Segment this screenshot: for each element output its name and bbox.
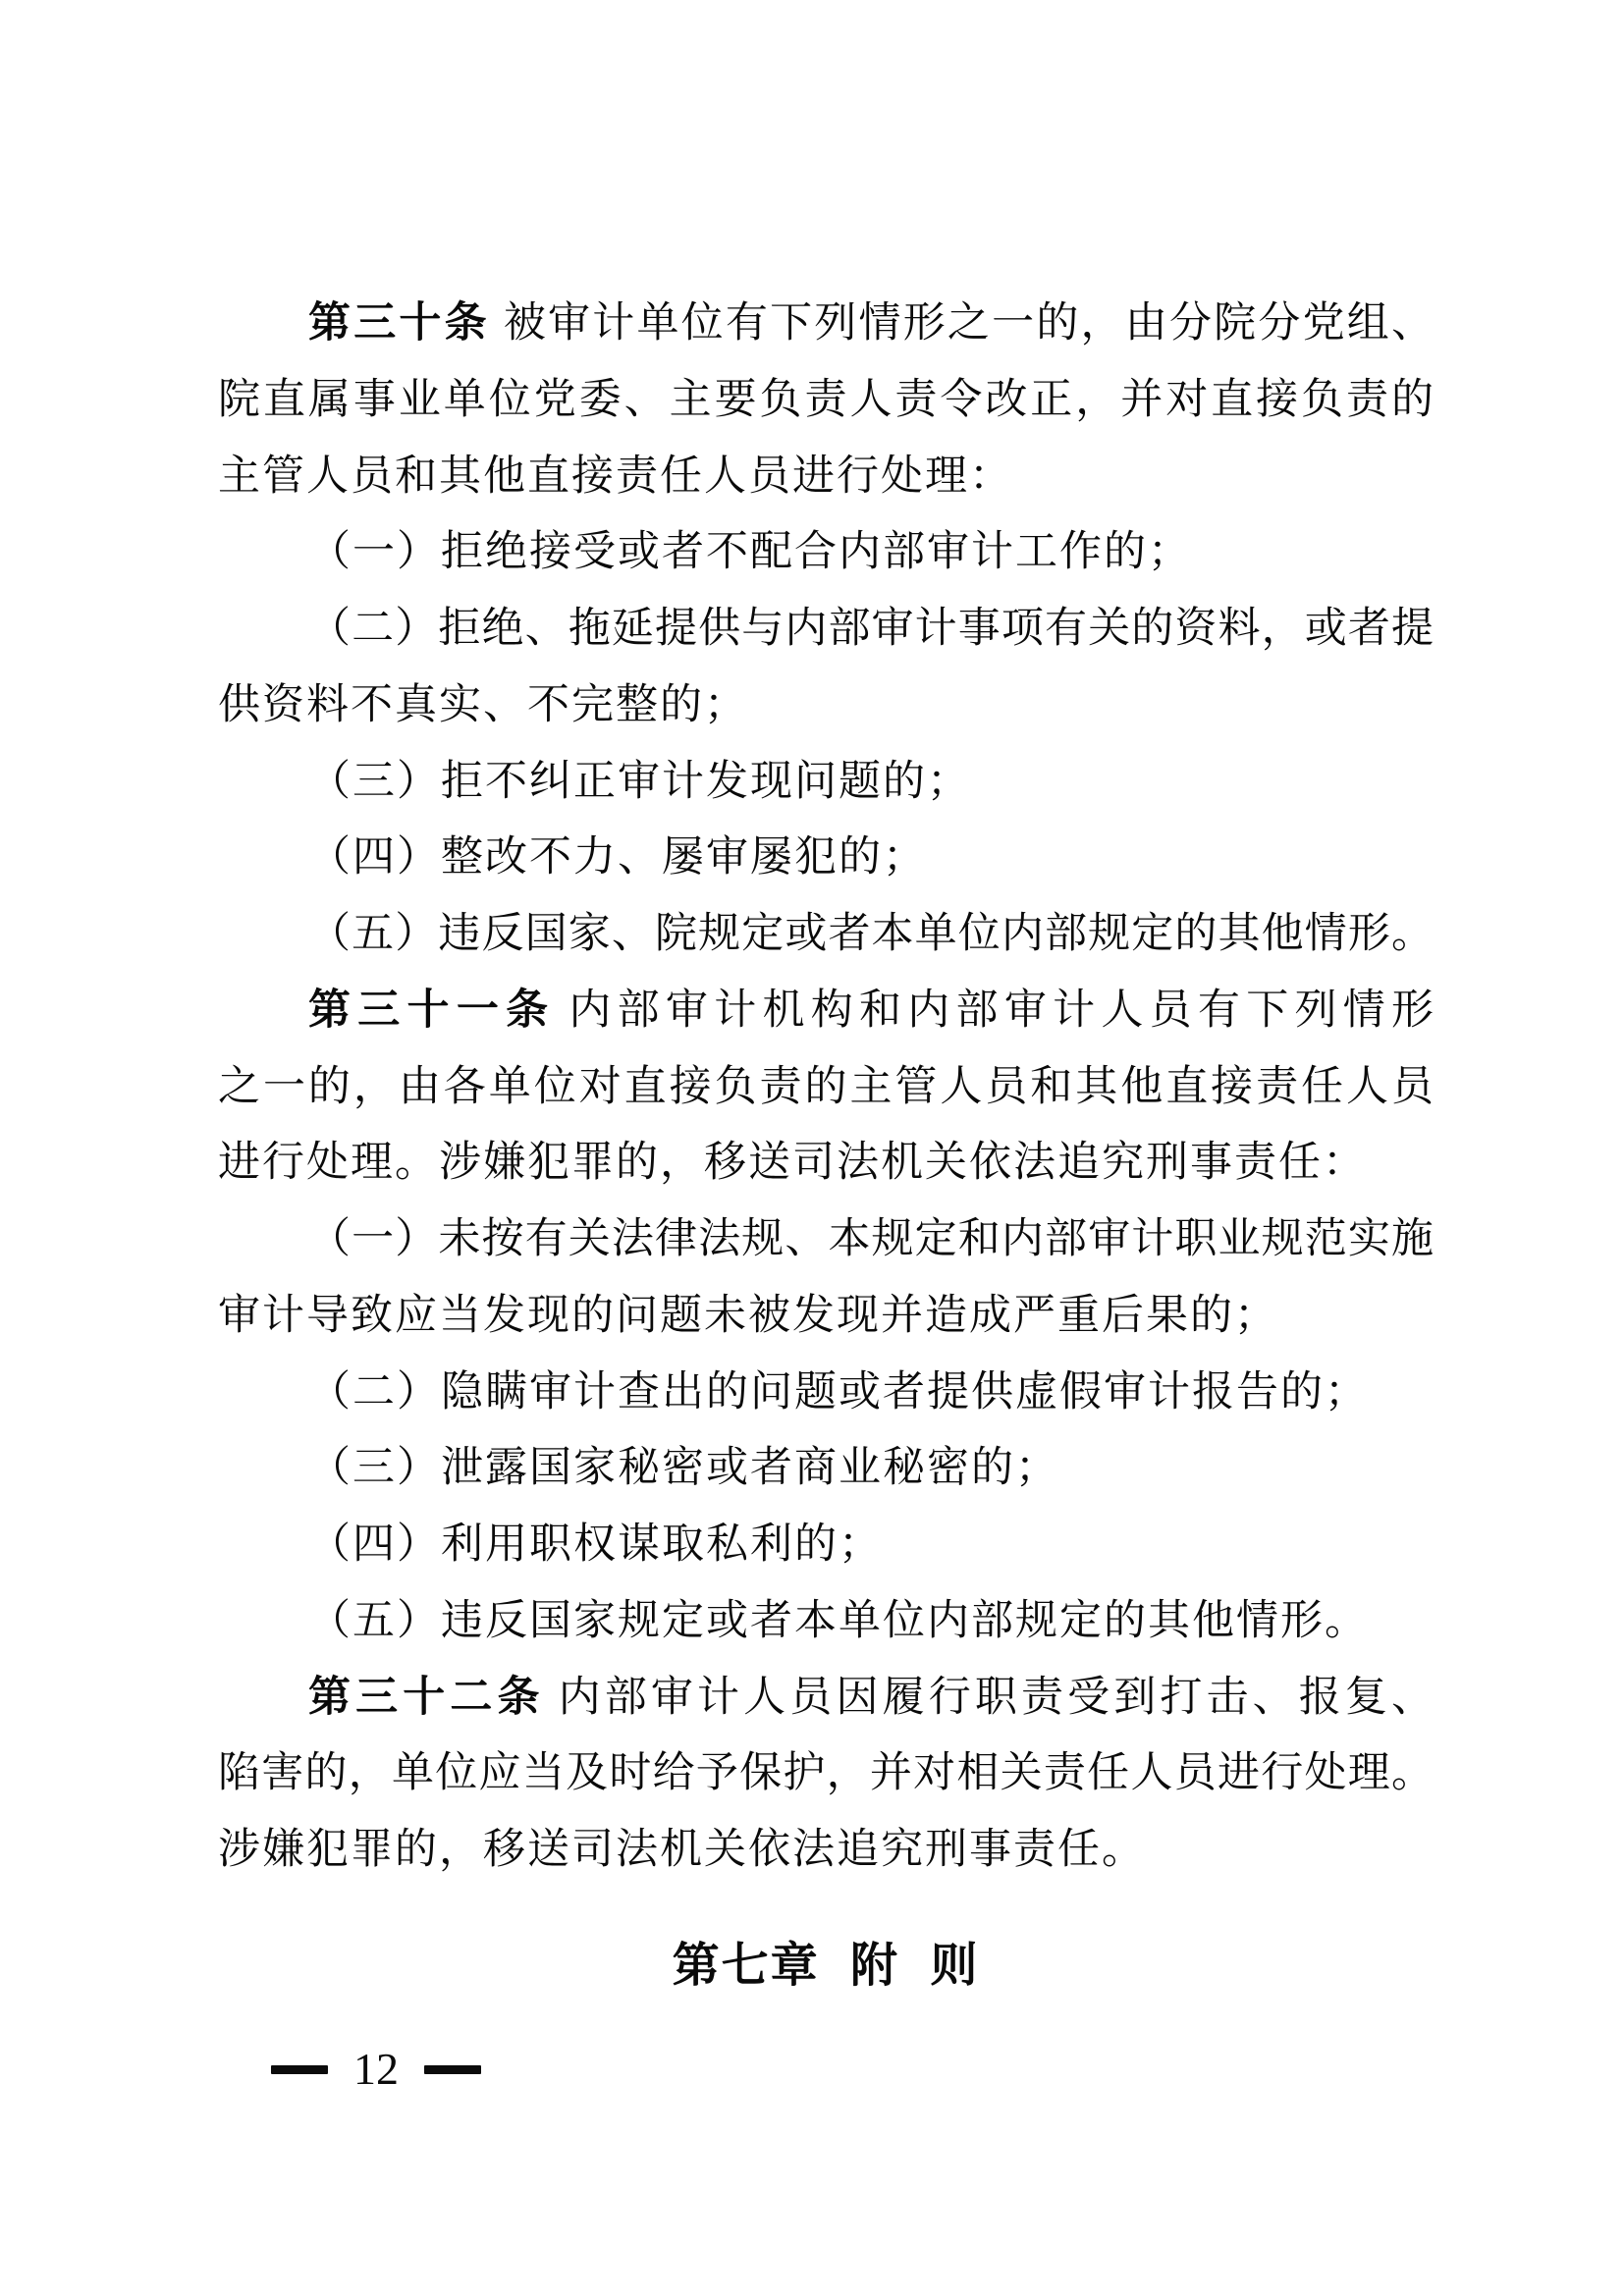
paragraph-line: （一）拒绝接受或者不配合内部审计工作的；	[218, 514, 1434, 591]
paragraph-line: （四）整改不力、屡审屡犯的；	[218, 820, 1434, 896]
article-number: 第三十一条	[308, 987, 555, 1034]
line-text: 涉嫌犯罪的，移送司法机关依法追究刑事责任。	[218, 1827, 1146, 1873]
page-number-dash-right	[424, 2065, 481, 2074]
line-text: （四）利用职权谋取私利的；	[308, 1522, 883, 1568]
chapter-heading: 第七章 附 则	[218, 1928, 1434, 2004]
line-text: 之一的，由各单位对直接负责的主管人员和其他直接责任人员	[218, 1064, 1434, 1110]
paragraph-line: （二）隐瞒审计查出的问题或者提供虚假审计报告的；	[218, 1355, 1434, 1431]
page-footer: 12	[271, 2044, 481, 2095]
paragraph-line: 进行处理。涉嫌犯罪的，移送司法机关依法追究刑事责任：	[218, 1125, 1434, 1201]
line-text: 进行处理。涉嫌犯罪的，移送司法机关依法追究刑事责任：	[218, 1140, 1367, 1186]
paragraph-line: （四）利用职权谋取私利的；	[218, 1507, 1434, 1583]
paragraph-line: （二）拒绝、拖延提供与内部审计事项有关的资料，或者提	[218, 591, 1434, 667]
paragraph-line: （三）拒不纠正审计发现问题的；	[218, 744, 1434, 821]
line-text: 内部审计机构和内部审计人员有下列情形	[568, 988, 1434, 1034]
paragraph-line: 第三十二条内部审计人员因履行职责受到打击、报复、	[218, 1660, 1434, 1736]
paragraph-line: 审计导致应当发现的问题未被发现并造成严重后果的；	[218, 1278, 1434, 1355]
line-text: （四）整改不力、屡审屡犯的；	[308, 834, 927, 881]
line-text: （五）违反国家、院规定或者本单位内部规定的其他情形。	[308, 911, 1434, 957]
text-block: 第三十条被审计单位有下列情形之一的，由分院分党组、 院直属事业单位党委、主要负责…	[218, 286, 1434, 2004]
paragraph-line: 主管人员和其他直接责任人员进行处理：	[218, 439, 1434, 515]
article-number: 第三十条	[308, 299, 490, 347]
line-text: （一）未按有关法律法规、本规定和内部审计职业规范实施	[308, 1216, 1434, 1262]
line-text: 审计导致应当发现的问题未被发现并造成严重后果的；	[218, 1293, 1278, 1339]
document-page: 第三十条被审计单位有下列情形之一的，由分院分党组、 院直属事业单位党委、主要负责…	[0, 0, 1624, 2296]
line-text: 被审计单位有下列情形之一的，由分院分党组、	[504, 300, 1434, 347]
line-text: （二）拒绝、拖延提供与内部审计事项有关的资料，或者提	[308, 606, 1434, 652]
paragraph-line: 之一的，由各单位对直接负责的主管人员和其他直接责任人员	[218, 1049, 1434, 1126]
paragraph-line: 涉嫌犯罪的，移送司法机关依法追究刑事责任。	[218, 1812, 1434, 1889]
line-text: （五）违反国家规定或者本单位内部规定的其他情形。	[308, 1598, 1369, 1644]
paragraph-line: （一）未按有关法律法规、本规定和内部审计职业规范实施	[218, 1201, 1434, 1278]
page-number-dash-left	[271, 2065, 328, 2074]
paragraph-line: （五）违反国家规定或者本单位内部规定的其他情形。	[218, 1583, 1434, 1660]
paragraph-line: （五）违反国家、院规定或者本单位内部规定的其他情形。	[218, 896, 1434, 973]
line-text: （三）泄露国家秘密或者商业秘密的；	[308, 1445, 1059, 1491]
line-text: 主管人员和其他直接责任人员进行处理：	[218, 454, 1013, 500]
paragraph-line: （三）泄露国家秘密或者商业秘密的；	[218, 1430, 1434, 1507]
paragraph-line: 第三十条被审计单位有下列情形之一的，由分院分党组、	[218, 286, 1434, 362]
paragraph-line: 陷害的，单位应当及时给予保护，并对相关责任人员进行处理。	[218, 1735, 1434, 1812]
line-text: 陷害的，单位应当及时给予保护，并对相关责任人员进行处理。	[218, 1750, 1434, 1796]
line-text: （二）隐瞒审计查出的问题或者提供虚假审计报告的；	[308, 1369, 1369, 1415]
paragraph-line: 第三十一条内部审计机构和内部审计人员有下列情形	[218, 973, 1434, 1049]
article-number: 第三十二条	[308, 1674, 545, 1721]
line-text: 院直属事业单位党委、主要负责人责令改正，并对直接负责的	[218, 377, 1434, 423]
paragraph-line: 院直属事业单位党委、主要负责人责令改正，并对直接负责的	[218, 362, 1434, 439]
line-text: 内部审计人员因履行职责受到打击、报复、	[559, 1675, 1434, 1721]
line-text: （三）拒不纠正审计发现问题的；	[308, 759, 971, 805]
paragraph-line: 供资料不真实、不完整的；	[218, 667, 1434, 744]
line-text: （一）拒绝接受或者不配合内部审计工作的；	[308, 529, 1192, 575]
line-text: 供资料不真实、不完整的；	[218, 682, 748, 728]
page-number: 12	[353, 2044, 399, 2095]
